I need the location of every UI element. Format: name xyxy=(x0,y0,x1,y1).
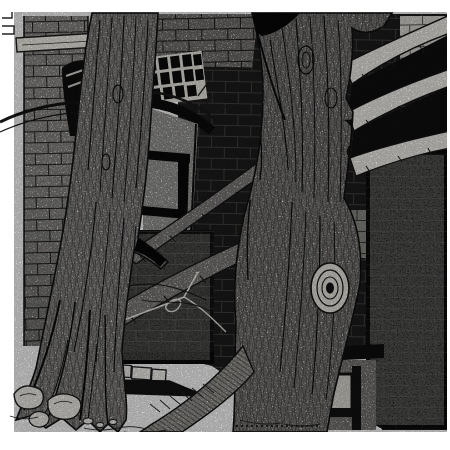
artwork-canvas xyxy=(0,0,450,450)
grain-overlay xyxy=(14,12,447,432)
ink-drawing xyxy=(0,0,450,450)
